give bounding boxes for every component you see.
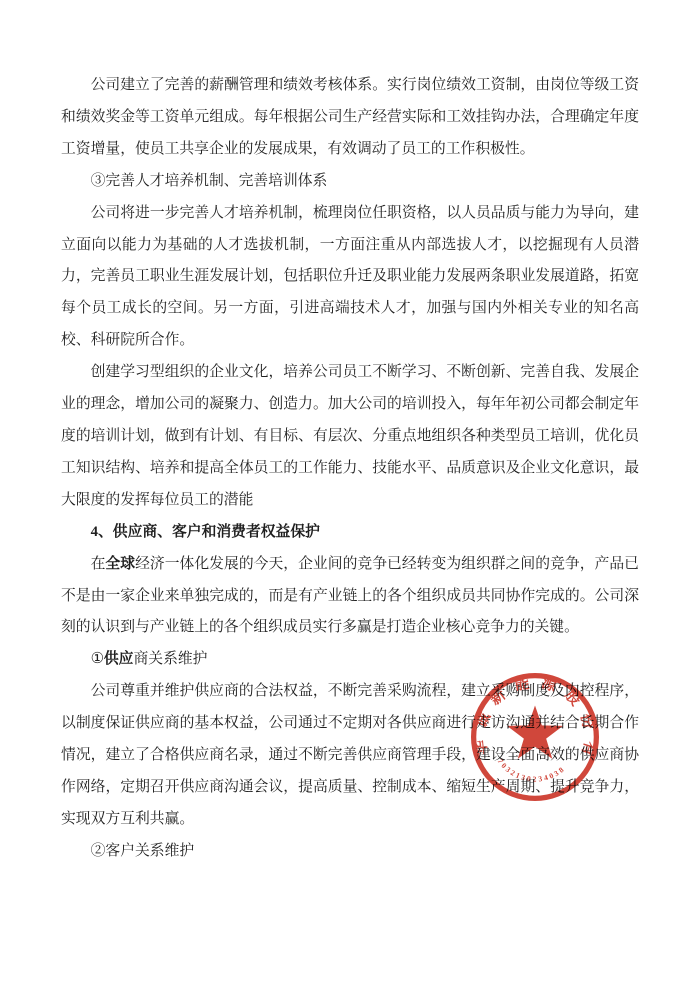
paragraph: 公司将进一步完善人才培养机制，梳理岗位任职资格，以人员品质与能力为导向，建立面向… (61, 198, 639, 358)
sub-heading: ①供应商关系维护 (61, 644, 639, 676)
text-run: 经济一体化发展的今天，企业间的竞争已经转变为组织群之间的竞争，产品已不是由一家企… (61, 556, 639, 636)
paragraph: 公司尊重并维护供应商的合法权益，不断完善采购流程，建立采购制度及内控程序，以制度… (61, 676, 639, 836)
document-body: 公司建立了完善的薪酬管理和绩效考核体系。实行岗位绩效工资制，由岗位等级工资和绩效… (61, 70, 639, 868)
sub-heading: ③完善人才培养机制、完善培训体系 (61, 166, 639, 198)
paragraph: 创建学习型组织的企业文化，培养公司员工不断学习、不断创新、完善自我、发展企业的理… (61, 357, 639, 517)
text-run: 4、供应商、客户和消费者权益保护 (91, 524, 320, 540)
section-heading: 4、供应商、客户和消费者权益保护 (61, 517, 639, 549)
text-run: 创建学习型组织的企业文化，培养公司员工不断学习、不断创新、完善自我、发展企业的理… (61, 364, 639, 508)
text-run: 公司尊重并维护供应商的合法权益，不断完善采购流程，建立采购制度及内控程序，以制度… (61, 683, 639, 827)
text-run: ① (91, 651, 104, 667)
text-run: ②客户关系维护 (91, 843, 195, 859)
document-page: 公司建立了完善的薪酬管理和绩效考核体系。实行岗位绩效工资制，由岗位等级工资和绩效… (0, 0, 700, 990)
bold-text-run: 供应 (104, 651, 134, 667)
text-run: 公司将进一步完善人才培养机制，梳理岗位任职资格，以人员品质与能力为导向，建立面向… (61, 205, 639, 349)
text-run: 商关系维护 (133, 651, 207, 667)
paragraph: 在全球经济一体化发展的今天，企业间的竞争已经转变为组织群之间的竞争，产品已不是由… (61, 549, 639, 645)
text-run: ③完善人才培养机制、完善培训体系 (91, 173, 328, 189)
text-run: 公司建立了完善的薪酬管理和绩效考核体系。实行岗位绩效工资制，由岗位等级工资和绩效… (61, 77, 639, 157)
paragraph: 公司建立了完善的薪酬管理和绩效考核体系。实行岗位绩效工资制，由岗位等级工资和绩效… (61, 70, 639, 166)
sub-heading: ②客户关系维护 (61, 836, 639, 868)
text-run: 在 (91, 556, 106, 572)
bold-text-run: 全球 (105, 556, 135, 572)
